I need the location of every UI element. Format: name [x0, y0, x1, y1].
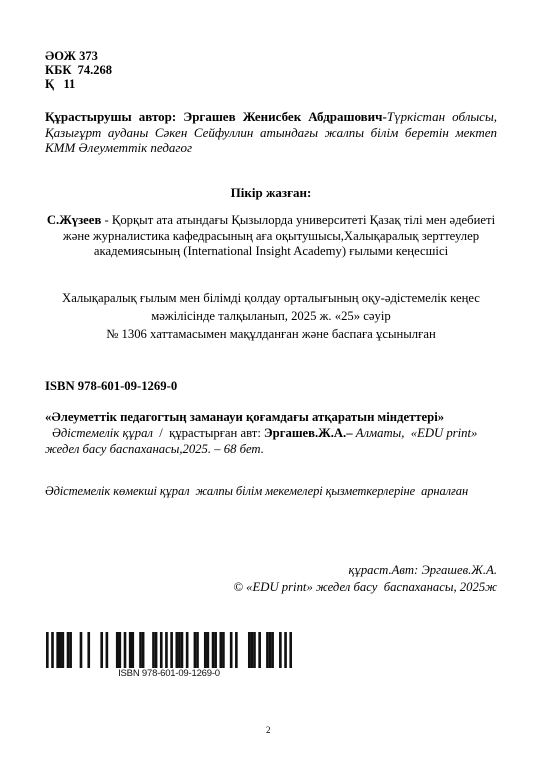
- approval-line-3: № 1306 хаттамасымен мақұлданған және бас…: [45, 325, 497, 343]
- credits-compiler: құраст.Авт: Эргашев.Ж.А.: [233, 562, 497, 579]
- reviewer-info: - Қорқыт ата атындағы Қызылорда универси…: [63, 213, 495, 258]
- page-number: 2: [266, 725, 271, 735]
- credits-copyright: © «EDU print» жедел басу баспаханасы, 20…: [233, 579, 497, 596]
- document-page: ӘОЖ 373 КБК 74.268 Қ 11 Құрастырушы авто…: [0, 0, 544, 769]
- publisher-line: жедел басу баспаханасы,2025. – 68 бет.: [45, 441, 497, 457]
- review-heading: Пікір жазған:: [45, 185, 497, 201]
- bib-details: Әдістемелік құрал / құрастырған авт: Эрг…: [45, 425, 497, 441]
- isbn-barcode: ISBN 978-601-09-1269-0: [46, 632, 292, 679]
- classification-block: ӘОЖ 373 КБК 74.268 Қ 11: [45, 49, 497, 91]
- isbn-line: ISBN 978-601-09-1269-0: [45, 379, 497, 394]
- reviewer-name: С.Жүзеев: [47, 213, 101, 227]
- compiled-label: / құрастырған авт:: [153, 426, 264, 440]
- author-mark: Қ 11: [45, 77, 497, 91]
- book-title: «Әлеуметтік педагогтың заманауи қоғамдағ…: [45, 409, 497, 425]
- approval-line-1: Халықаралық ғылым мен білімді қолдау орт…: [45, 289, 497, 307]
- compiler-name: Эргашев.Ж.А.–: [264, 426, 353, 440]
- author-paragraph: Құрастырушы автор: Эргашев Женисбек Абдр…: [45, 109, 497, 156]
- udc-code: ӘОЖ 373: [45, 49, 497, 63]
- purpose-statement: Әдістемелік көмекші құрал жалпы білім ме…: [45, 484, 497, 499]
- author-label: Құрастырушы автор:: [45, 109, 176, 124]
- book-type: Әдістемелік құрал: [52, 426, 153, 440]
- reviewer-paragraph: С.Жүзеев - Қорқыт ата атындағы Қызылорда…: [45, 213, 497, 260]
- city-publisher: Алматы, «EDU print»: [353, 426, 478, 440]
- barcode-icon: [46, 632, 292, 668]
- author-name: Эргашев Женисбек Абдрашович-: [183, 109, 386, 124]
- barcode-caption: ISBN 978-601-09-1269-0: [46, 668, 292, 679]
- lbc-code: КБК 74.268: [45, 63, 497, 77]
- approval-paragraph: Халықаралық ғылым мен білімді қолдау орт…: [45, 289, 497, 343]
- bibliographic-record: «Әлеуметтік педагогтың заманауи қоғамдағ…: [45, 409, 497, 457]
- approval-line-2: мәжілісінде талқыланып, 2025 ж. «25» сәу…: [45, 307, 497, 325]
- credits-block: құраст.Авт: Эргашев.Ж.А. © «EDU print» ж…: [233, 562, 497, 596]
